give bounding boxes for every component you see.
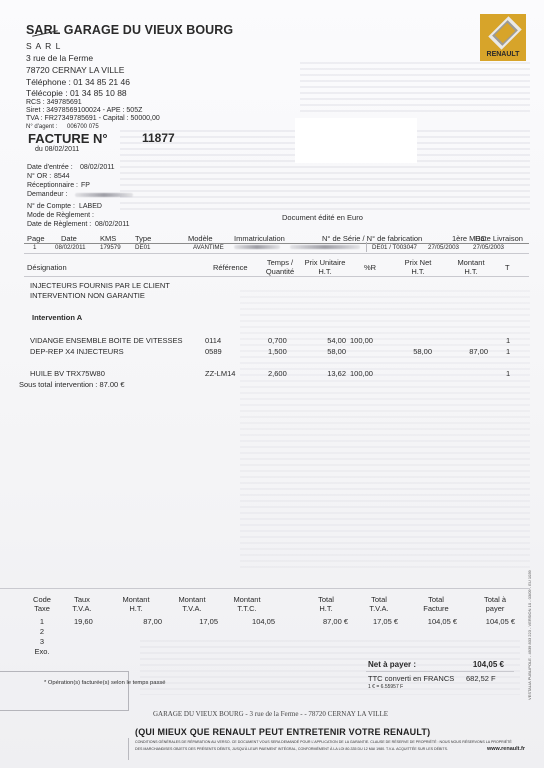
agent-value: 006700 075 [67,124,99,130]
tax-header: Total à payer [470,595,520,613]
total-tva: 17,05 € [352,617,398,626]
tax-header: Total Facture [410,595,462,613]
col-unit-price: Prix UnitaireH.T. [300,258,350,276]
item-designation: VIDANGE ENSEMBLE BOITE DE VITESSES [30,336,183,345]
tax-code: Exo. [22,647,62,656]
garage-rcs: RCS : 349785691 [26,99,82,106]
footer-website: www.renault.fr [487,746,525,752]
footer-legal-line-1: CONDITIONS GÉNÉRALES DE RÉPARATION AU VE… [135,740,512,744]
agent-label: N° d'agent : [26,124,57,130]
vehicle-vline [366,242,367,252]
currency-note: Document édité en Euro [282,213,363,222]
tax-header: Code Taxe [22,595,62,613]
total-to-pay: 104,05 € [465,617,515,626]
vehicle-header-model: Modèle [188,234,213,243]
tax-amount-tva: 17,05 [168,617,218,626]
footnote: * Opération(s) facturée(s) selon le temp… [44,680,165,686]
tax-header: Montant T.T.C. [222,595,272,613]
renault-diamond-icon [488,16,521,49]
garage-fax: Télécopie : 01 34 85 10 88 [26,88,127,98]
tax-top-divider [0,588,530,589]
tax-rate: 19,60 [74,617,93,626]
net-divider [366,671,514,672]
renault-logo-text: RENAULT [480,51,526,58]
client-address-redacted [295,118,417,163]
item-unit-price: 54,00 [318,336,346,345]
footer-vline [128,738,129,760]
background-show-through [240,290,530,570]
invoice-page: SARL GARAGE DU VIEUX BOURG S A R L 3 rue… [0,0,544,768]
item-unit-price: 13,62 [318,369,346,378]
or-label: N° OR : [27,173,51,180]
total-ht: 87,00 € [300,617,348,626]
vehicle-header-date: Date [61,234,77,243]
receptionist-value: FP [81,182,90,189]
note-line: INTERVENTION NON GARANTIE [30,291,145,300]
invoice-title: FACTURE N° [28,131,108,146]
item-reference: 0589 [205,347,222,356]
francs-label: TTC converti en FRANCS [368,674,454,683]
tax-header: Total H.T. [302,595,350,613]
vehicle-value-date: 08/02/2011 [55,244,86,251]
garage-tva: TVA : FR27349785691 - Capital : 50000,00 [26,115,160,122]
vehicle-value-model: AVANTIME [193,244,224,251]
plate-redacted [234,245,280,249]
item-amount: 87,00 [460,347,488,356]
serial-redacted [290,245,360,249]
subtotal: Sous total intervention : 87.00 € [19,380,125,389]
note-line: INJECTEURS FOURNIS PAR LE CLIENT [30,281,170,290]
item-designation: DEP-REP X4 INJECTEURS [30,347,124,356]
item-tax-code: 1 [506,347,510,356]
vehicle-header-kms: KMS [100,234,116,243]
vehicle-value-delivery: 27/05/2003 [473,244,504,251]
francs-value: 682,52 F [466,674,496,683]
or-value: 8544 [54,173,70,180]
net-to-pay-label: Net à payer : [368,660,416,669]
tax-code: 3 [22,637,62,646]
vehicle-value-first-reg: 27/05/2003 [428,244,459,251]
vehicle-bottom-divider [24,253,529,254]
garage-phone: Téléphone : 01 34 85 21 46 [26,77,130,87]
payment-mode-label: Mode de Règlement : [27,212,94,219]
col-reference: Référence [213,263,248,272]
tax-code: 1 [22,617,62,626]
col-net-price: Prix NetH.T. [398,258,438,276]
account-label: N° de Compte : [27,203,75,210]
account-value: LABED [79,203,102,210]
section-title: Intervention A [32,313,82,322]
tax-header: Total T.V.A. [354,595,404,613]
vehicle-value-kms: 179579 [100,244,121,251]
entry-date-label: Date d'entrée : [27,164,73,171]
payment-date-value: 08/02/2011 [95,221,130,228]
item-unit-price: 58,00 [318,347,346,356]
col-discount: %R [364,263,376,272]
item-tax-code: 1 [506,336,510,345]
invoice-number: 11877 [142,131,175,145]
receptionist-label: Réceptionnaire : [27,182,78,189]
vehicle-header-delivery: Date Livraison [475,234,523,243]
vehicle-value-type: DE01 [135,244,150,251]
invoice-date: du 08/02/2011 [35,146,79,153]
item-reference: ZZ-LM14 [205,369,235,378]
vehicle-header-serial: N° de Série / N° de fabrication [322,234,422,243]
item-discount: 100,00 [350,336,373,345]
lines-header-divider [24,276,529,277]
footer-legal-line-2: DES MARCHANDISES OBJETS DES PRÉSENTS DÉB… [135,747,448,751]
vehicle-value-page: 1 [33,244,36,251]
tax-amount-ht: 87,00 [112,617,162,626]
tax-header: Montant H.T. [112,595,160,613]
requester-redacted [75,193,133,197]
vehicle-header-plate: Immatriculation [234,234,285,243]
footnote-box [0,671,129,711]
item-quantity: 1,500 [268,347,287,356]
tax-header: Montant T.V.A. [168,595,216,613]
background-show-through [300,62,530,112]
entry-date-value: 08/02/2011 [80,164,115,171]
item-designation: HUILE BV TRX75W80 [30,369,105,378]
footer-address: GARAGE DU VIEUX BOURG - 3 rue de la Ferm… [153,710,388,718]
col-amount: MontantH.T. [450,258,492,276]
renault-logo: RENAULT [480,14,526,61]
item-quantity: 0,700 [268,336,287,345]
tax-code: 2 [22,627,62,636]
vertical-print-code: VESTALIA PUBLIPOLE - 4939 833 223 - VERS… [527,570,532,700]
garage-city: 78720 CERNAY LA VILLE [26,65,124,75]
garage-siret: Siret : 34978569100024 - APE : 505Z [26,107,142,114]
item-reference: 0114 [205,336,221,345]
garage-street: 3 rue de la Ferme [26,53,93,63]
exchange-rate-note: 1 € = 6.55957 F [368,684,403,690]
item-quantity: 2,600 [268,369,287,378]
payment-date-label: Date de Règlement : [27,221,91,228]
item-net-price: 58,00 [404,347,432,356]
vehicle-value-serial: DE01 / T003047 [372,244,417,251]
total-invoice: 104,05 € [405,617,457,626]
tax-header: Taux T.V.A. [62,595,102,613]
col-t: T [505,263,510,272]
col-designation: Désignation [27,263,67,272]
footer-slogan: (QUI MIEUX QUE RENAULT PEUT ENTRETENIR V… [135,727,430,737]
col-temps: Temps /Quantité [262,258,298,276]
item-tax-code: 1 [506,369,510,378]
net-to-pay-value: 104,05 € [448,660,504,669]
vehicle-header-page: Page [27,234,45,243]
garage-legal-form: S A R L [26,41,61,51]
tax-amount-ttc: 104,05 [222,617,275,626]
item-discount: 100,00 [350,369,373,378]
vehicle-header-type: Type [135,234,151,243]
requester-label: Demandeur : [27,191,67,198]
